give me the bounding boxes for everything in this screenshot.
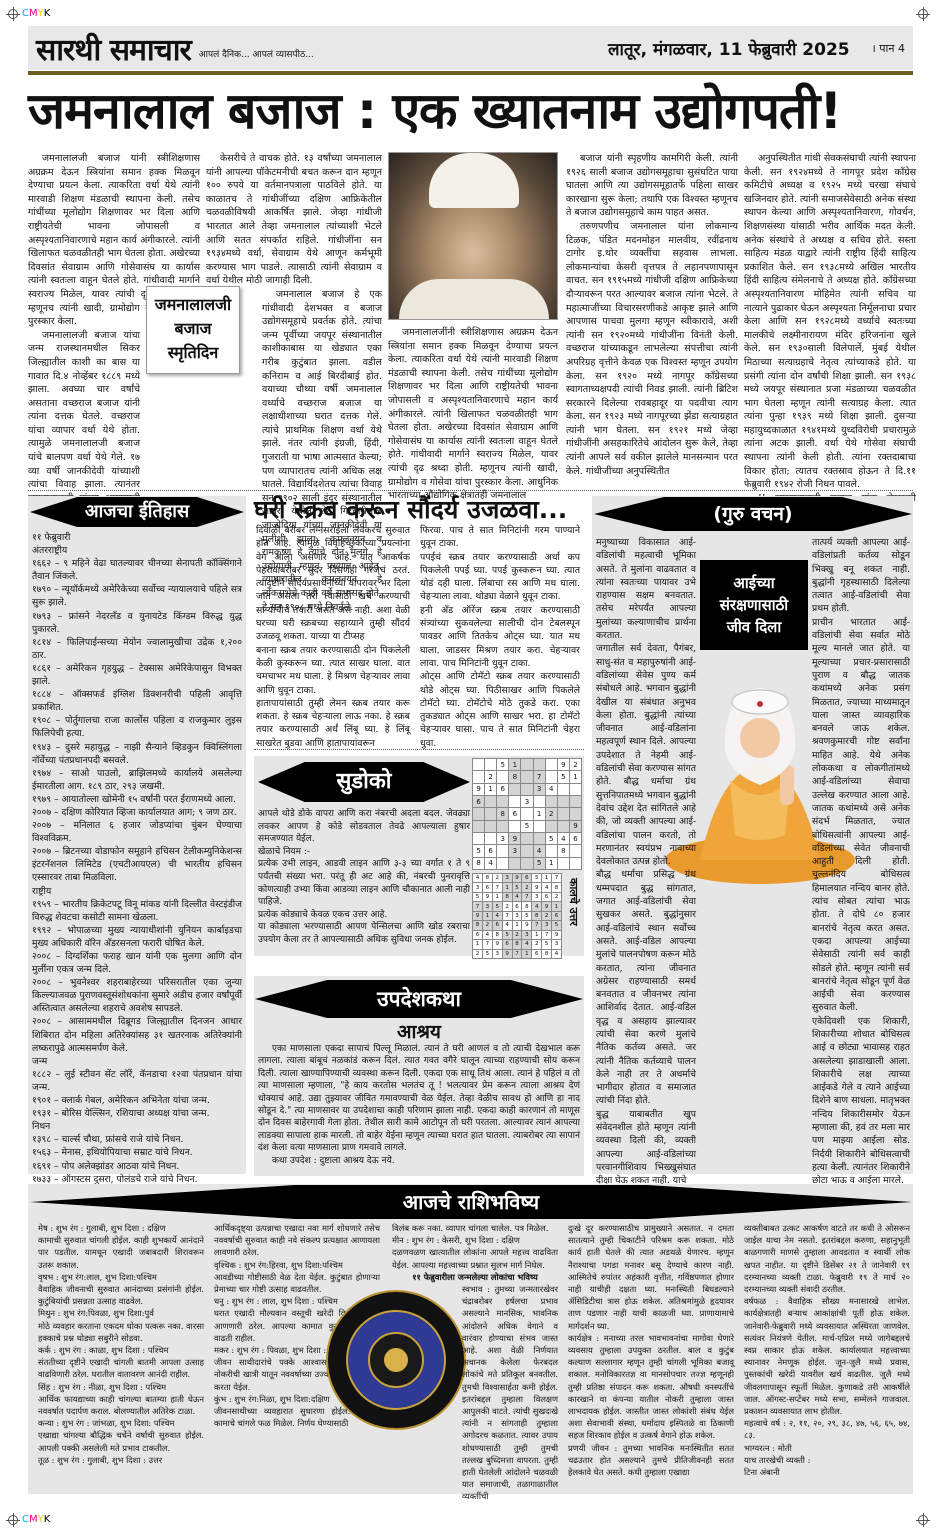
itihas-event: १९५९ – भारतीय क्रिकेटपटू विनू मांकड यांन… xyxy=(32,898,242,924)
sudoku-cell: 4 xyxy=(542,883,552,892)
sudoku-cell: 7 xyxy=(482,940,492,949)
sudoku-cell[interactable]: 3 xyxy=(533,783,545,795)
sudoku-cell: 1 xyxy=(552,902,562,911)
sudoku-cell[interactable]: 5 xyxy=(521,820,533,832)
sudoku-cell[interactable] xyxy=(533,795,545,807)
sudoku-cell[interactable]: 1 xyxy=(533,808,545,820)
sudoku-cell: 2 xyxy=(532,940,542,949)
sudoku-cell[interactable]: 6 xyxy=(509,808,521,820)
sudoku-cell: 9 xyxy=(482,892,492,901)
sudoku-cell[interactable] xyxy=(473,808,485,820)
rashi-sign-heading: वृषभ : शुभ रंग:लाल, शुभ दिशा:पश्चिम xyxy=(38,1271,204,1283)
sidebox-line: जमनालालजी xyxy=(147,293,239,317)
sudoku-cell[interactable] xyxy=(545,795,557,807)
sudoku-cell: 2 xyxy=(522,883,532,892)
itihas-event: २००८ – दिग्दर्शिका फराह खान यांनी एक मुल… xyxy=(32,950,242,976)
sudoku-answer-grid: 4823965173671529485918473627352684919147… xyxy=(472,873,562,959)
itihas-event: २००८ – भुवनेश्वर शहराबाहेरच्या परिसरातील… xyxy=(32,976,242,1015)
sudoku-cell: 6 xyxy=(542,892,552,901)
scrub-column-right: फिरवा. पाच ते सात मिनिटांनी गरम पाण्याने… xyxy=(420,524,580,750)
sudoku-cell: 3 xyxy=(552,940,562,949)
label: महत्वाचे वर्ष : xyxy=(744,1418,786,1428)
itihas-section-heading: राष्ट्रीय xyxy=(32,885,242,898)
sudoku-cell: 8 xyxy=(532,911,542,920)
sudoku-cell: 5 xyxy=(482,949,492,959)
sudoku-cell: 7 xyxy=(532,921,542,930)
sudoku-cell[interactable] xyxy=(557,820,569,832)
sudoku-cell: 2 xyxy=(482,921,492,930)
sudoku-cell[interactable] xyxy=(509,783,521,795)
rashi-sign-text: दळणवळण खात्यातील लोकांना आपले महत्त्व वा… xyxy=(392,1246,558,1270)
masthead: सारथी समाचार आपलं दैनिक... आपलं व्यासपीठ… xyxy=(28,26,913,70)
sudoku-cell: 2 xyxy=(502,902,512,911)
rashi-column-4: दुःखे दूर करण्यासाठीच प्रामुख्याने असतात… xyxy=(568,1222,734,1478)
sudoku-cell[interactable] xyxy=(509,820,521,832)
rashi-column-5: व्यक्तीबाबत उत्कट आकर्षण वाटते तर कधी ते… xyxy=(744,1222,910,1478)
gandhi-cap xyxy=(429,153,519,208)
guru-column-left: मनुष्याच्या विकासात आई-वडिलांची महत्वाची… xyxy=(596,536,696,1188)
sudoku-cell[interactable] xyxy=(473,771,485,783)
sudoku-cell: 5 xyxy=(522,911,532,920)
rashi-sign-heading: ११ फेब्रुवारीला जन्मलेल्या लोकांचा भविष्… xyxy=(392,1271,558,1283)
sudoku-rules: प्रत्येक उभी लाइन, आडवी लाइन आणि ३-३ च्य… xyxy=(258,858,470,946)
sudoku-cell: 9 xyxy=(532,883,542,892)
caption-text: जमनालालजींनी स्त्रीशिक्षणास अग्रक्रम देऊ… xyxy=(388,326,558,503)
rashi-sign-heading: कर्क : शुभ रंग : काळा, शुभ दिशा : पश्चिम xyxy=(38,1344,204,1356)
sudoku-cell[interactable] xyxy=(521,857,533,869)
sudoku-cell[interactable] xyxy=(521,783,533,795)
sudoku-cell: 3 xyxy=(502,874,512,883)
story-moral: कथा उपदेश : दुष्टाला आश्रय देऊ नये. xyxy=(258,1155,580,1167)
article-paragraph: तरुणपणीच जमनालाल यांना लोकमान्य टिळक, पं… xyxy=(566,220,738,478)
itihas-event: १९९२ – भोपाळच्या मुख्य न्यायाधीशांनी युन… xyxy=(32,924,242,950)
sudoku-cell: 4 xyxy=(482,930,492,939)
sudoku-cell: 6 xyxy=(473,930,483,939)
sudoku-cell: 8 xyxy=(542,949,552,959)
sudoku-cell[interactable] xyxy=(497,820,509,832)
sudoku-cell: 3 xyxy=(522,930,532,939)
cmyk-mark: CMYK xyxy=(22,1514,50,1525)
sudoku-cell[interactable]: 5 xyxy=(497,759,509,771)
box-line: जीव दिला xyxy=(700,616,808,638)
sudoku-cell: 5 xyxy=(542,940,552,949)
sudoku-cell: 5 xyxy=(502,930,512,939)
dateline: लातूर, मंगळवार, 11 फेब्रुवारी 2025 xyxy=(608,37,850,60)
sudoku-cell: 5 xyxy=(552,921,562,930)
sudoku-cell[interactable] xyxy=(521,759,533,771)
registration-crosshair-icon xyxy=(8,9,18,19)
story-title: आश्रय xyxy=(254,1018,584,1044)
sudoku-cell[interactable]: 5 xyxy=(545,832,557,844)
itihas-event: १७९० – न्यूयॉर्कमध्ये अमेरिकेच्या सर्वोच… xyxy=(32,583,242,609)
sudoku-cell: 2 xyxy=(542,911,552,920)
sudoku-cell: 4 xyxy=(473,874,483,883)
itihas-event: १९७९ – आयातोल्ला खोमेनी १५ वर्षांनी परत … xyxy=(32,793,242,806)
sidebox-line: बजाज xyxy=(147,317,239,341)
itihas-event: २००८ – आसाममधील दिब्रूगड जिल्ह्यातील दिन… xyxy=(32,1015,242,1054)
sudoku-cell: 2 xyxy=(492,874,502,883)
itihas-event: १८६१ – अमेरिकन गृहयुद्ध – टेक्सास अमेरिक… xyxy=(32,662,242,688)
sudoku-cell[interactable] xyxy=(521,771,533,783)
same-birthday-person: टिना अंबानी xyxy=(744,1466,910,1478)
itihas-event: १७९३ – फ्रांसने नेदरलँड व युनायटेड किंग्… xyxy=(32,610,242,636)
sudoku-cell[interactable] xyxy=(557,857,569,869)
itihas-section-heading: जन्म xyxy=(32,1055,242,1068)
sudoku-cell: 7 xyxy=(552,874,562,883)
sudoku-cell: 5 xyxy=(492,902,502,911)
article-column-5: अनुपस्थितीत गांधी सेवकसंघाची त्यांनी स्थ… xyxy=(744,152,916,519)
sudoku-cell[interactable]: 4 xyxy=(557,832,569,844)
label: भाग्यरत्न : xyxy=(744,1443,775,1453)
sudoku-cell[interactable]: 3 xyxy=(509,845,521,857)
itihas-event: १९०८ – पोर्तुगालचा राजा कार्लोस पहिला व … xyxy=(32,714,242,740)
page-number: । पान 4 xyxy=(872,41,905,56)
rashi-sign-heading: मीन : शुभ रंग : केसरी, शुभ दिशा : दक्षिण xyxy=(392,1234,558,1246)
section-divider xyxy=(254,749,584,750)
sudoku-cell[interactable] xyxy=(545,771,557,783)
sudoku-cell: 3 xyxy=(482,902,492,911)
sudoku-cell: 6 xyxy=(482,883,492,892)
sudoku-cell: 6 xyxy=(532,949,542,959)
sudoku-cell[interactable]: 7 xyxy=(533,771,545,783)
sudoku-cell[interactable]: 4 xyxy=(545,783,557,795)
sudoku-instructions: आपले थोडे डोके वापरा आणि करा नंबरची अदला… xyxy=(258,808,470,947)
rashi-sign-text: एखाद्या चांगल्या बौद्धिक चर्चेने वर्षाची… xyxy=(38,1429,204,1453)
sudoku-cell: 4 xyxy=(532,902,542,911)
sudoku-cell[interactable]: 1 xyxy=(485,783,497,795)
sudoku-intro: आपले थोडे डोके वापरा आणि करा नंबरची अदला… xyxy=(258,808,470,846)
sudoku-cell[interactable]: 1 xyxy=(545,857,557,869)
sudoku-cell[interactable]: 5 xyxy=(473,845,485,857)
sudoku-cell[interactable]: 6 xyxy=(485,845,497,857)
sudoku-cell[interactable] xyxy=(509,857,521,869)
itihas-event: १९३१ – बोरिस येल्त्सिन, रशियाचा अध्यक्ष … xyxy=(32,1107,242,1120)
story-body: एका माणसाला एकदा सापाचं पिल्लू मिळालं. त… xyxy=(258,1043,580,1167)
lucky-gem: मोती xyxy=(778,1443,792,1453)
sudoku-cell[interactable] xyxy=(473,759,485,771)
photo-caption: जमनालालजींनी स्त्रीशिक्षणास अग्रक्रम देऊ… xyxy=(388,326,558,503)
sudoku-cell[interactable] xyxy=(473,820,485,832)
sudoku-cell: 8 xyxy=(492,930,502,939)
sudoku-cell[interactable]: 2 xyxy=(545,808,557,820)
sudoku-cell[interactable] xyxy=(497,857,509,869)
sudoku-cell: 4 xyxy=(492,911,502,920)
box-line: आईच्या xyxy=(700,572,808,594)
itihas-event: २००७ – दक्षिण कोरियात व्हिजा कार्यालयात … xyxy=(32,806,242,819)
sudoku-cell: 7 xyxy=(473,902,483,911)
itihas-section-heading: अंतरराष्ट्रीय xyxy=(32,544,242,557)
itihas-date: ११ फेब्रुवारी xyxy=(32,531,242,544)
sudoku-cell: 8 xyxy=(552,883,562,892)
sudoku-cell: 8 xyxy=(482,874,492,883)
sudoku-cell[interactable]: 8 xyxy=(497,808,509,820)
sudoku-cell: 8 xyxy=(512,940,522,949)
answer-label: कालचे उत्तर xyxy=(566,878,581,926)
sudoku-cell[interactable] xyxy=(533,820,545,832)
registration-crosshair-icon xyxy=(918,9,928,19)
cmyk-mark: CMYK xyxy=(22,8,50,19)
sudoku-cell[interactable]: 6 xyxy=(497,783,509,795)
itihas-event: २००७ – ब्रिटनच्या वोडाफोन समूहाने हचिसन … xyxy=(32,845,242,884)
section-divider xyxy=(28,490,913,491)
sudoku-cell[interactable]: 1 xyxy=(569,771,581,783)
sudoku-cell: 9 xyxy=(492,940,502,949)
sudoku-cell[interactable] xyxy=(497,795,509,807)
itihas-event: १९७४ – साओ पाउलो, ब्राझिलमध्ये कार्यालये… xyxy=(32,767,242,793)
sudoku-cell: 6 xyxy=(502,940,512,949)
sudoku-cell: 3 xyxy=(492,949,502,959)
sudoku-cell: 7 xyxy=(492,883,502,892)
sudoku-cell: 2 xyxy=(552,892,562,901)
sudoku-cell: 9 xyxy=(502,949,512,959)
sudoku-cell: 9 xyxy=(542,902,552,911)
rashi-sign-text: वैवाहिक जीवनाची सुरुवात आनंदाच्या प्रसंग… xyxy=(38,1283,204,1307)
sudoku-cell: 7 xyxy=(502,911,512,920)
rashi-sign-text: आवडीच्या गोष्टीसाठी वेळ देता येईल. कुटुं… xyxy=(214,1271,380,1295)
sudoku-cell: 1 xyxy=(512,921,522,930)
sudoku-cell[interactable] xyxy=(509,795,521,807)
sudoku-cell: 7 xyxy=(542,930,552,939)
sudoku-cell: 1 xyxy=(502,883,512,892)
rashi-sign-text: स्वभाव : तुमच्या जन्मतारखेवर चंद्राबरोबर… xyxy=(392,1283,558,1503)
main-headline: जमनालाल बजाज : एक ख्यातनाम उद्योगपती! xyxy=(28,82,913,140)
sudoku-cell: 6 xyxy=(522,874,532,883)
sudoku-cell: 3 xyxy=(532,892,542,901)
rashi-sign-text: मोठे व्यवहार करताना एकदम धोका पत्करू नका… xyxy=(38,1320,204,1344)
sudoku-cell[interactable] xyxy=(533,832,545,844)
article-paragraph: अनुपस्थितीत गांधी सेवकसंघाची त्यांनी स्थ… xyxy=(744,152,916,492)
sudoku-cell[interactable] xyxy=(485,832,497,844)
sudoku-cell[interactable] xyxy=(569,845,581,857)
rashi-sign-heading: मिथुन : शुभ रंग:पिवळा, शुभ दिशा:पुर्व xyxy=(38,1307,204,1319)
sudoku-cell: 6 xyxy=(512,902,522,911)
sudoku-cell: 1 xyxy=(482,911,492,920)
sudoku-cell: 9 xyxy=(473,911,483,920)
article-paragraph: केसरीचे ते वाचक होते. १३ वर्षांच्या जमना… xyxy=(206,152,382,288)
sudoku-cell[interactable] xyxy=(485,808,497,820)
sudoku-cell: 9 xyxy=(552,930,562,939)
sudoku-cell[interactable] xyxy=(497,845,509,857)
scrub-column-left: दिवाळी बरोबर लग्नसराईला लवकरच सुरुवात हो… xyxy=(256,524,410,750)
rashi-sign-text: विलंब करू नका. व्यापार चांगला चालेल. पत्… xyxy=(392,1222,558,1234)
sudoku-cell[interactable]: 2 xyxy=(485,771,497,783)
sudoku-cell: 4 xyxy=(512,892,522,901)
sudoku-cell: 1 xyxy=(542,874,552,883)
newspaper-logo: सारथी समाचार xyxy=(36,28,191,69)
sudoku-cell[interactable] xyxy=(557,808,569,820)
rashi-col5-text: व्यक्तीबाबत उत्कट आकर्षण वाटते तर कधी ते… xyxy=(744,1222,910,1417)
sudoku-cell[interactable]: 8 xyxy=(473,857,485,869)
sudoku-cell: 1 xyxy=(522,949,532,959)
sudoku-cell: 9 xyxy=(512,874,522,883)
sudoku-cell: 6 xyxy=(492,921,502,930)
rashi-sign-heading: सिंह : शुभ रंग : नीळा, शुभ दिशा : पश्चिम xyxy=(38,1381,204,1393)
rashi-column-1: मेष : शुभ रंग : गुलाबी, शुभ दिशा : दक्षि… xyxy=(38,1222,204,1466)
sudoku-puzzle-grid[interactable]: 519228751916346386125939546563488451 xyxy=(472,758,582,870)
sudoku-cell[interactable] xyxy=(473,832,485,844)
sudoku-cell[interactable]: 8 xyxy=(509,771,521,783)
sudoku-cell: 1 xyxy=(473,940,483,949)
sudoku-cell[interactable] xyxy=(485,820,497,832)
sudoku-cell[interactable]: 8 xyxy=(557,845,569,857)
sudoku-cell[interactable]: 9 xyxy=(557,759,569,771)
sudoku-rules-label: खेळाचे नियम :- xyxy=(258,846,470,859)
scrub-headline: घरी स्क्रब करून सौंदर्य उजळवा... xyxy=(254,492,567,526)
rashi-sign-text: संततीच्या दृष्टीने एखादी चांगली बातमी आप… xyxy=(38,1356,204,1380)
sudoku-cell[interactable]: 4 xyxy=(533,845,545,857)
rashi-sign-text: आर्थिक फायद्याच्या काही चांगल्या बातम्या… xyxy=(38,1393,204,1417)
sudoku-cell: 8 xyxy=(522,902,532,911)
rashi-sign-heading: मेष : शुभ रंग : गुलाबी, शुभ दिशा : दक्षि… xyxy=(38,1222,204,1234)
itihas-event: १५६३ – मेनास, इथियोपियाचा सम्राट यांचे न… xyxy=(32,1146,242,1159)
itihas-event: २००७ – मनिलात ६ हजार जोडप्यांचा चुंबन घे… xyxy=(32,819,242,845)
sudoku-cell: 5 xyxy=(532,874,542,883)
itihas-event: १९०१ – क्लार्क गेबल, अमेरिकन अभिनेता यां… xyxy=(32,1094,242,1107)
sudoku-cell[interactable]: 9 xyxy=(473,783,485,795)
sudoku-cell[interactable] xyxy=(485,795,497,807)
itihas-event: १६६२ – ९ महिने वेढा घातल्यावर चीनच्या से… xyxy=(32,557,242,583)
itihas-event: १८८२ – लुई स्टीवन सेंट लॉरें, कॅनडाचा १२… xyxy=(32,1068,242,1094)
sudoku-cell[interactable]: 6 xyxy=(569,832,581,844)
masthead-rule xyxy=(28,71,913,75)
sudoku-cell[interactable] xyxy=(545,759,557,771)
shirt xyxy=(399,279,549,319)
sudoku-cell: 3 xyxy=(542,921,552,930)
sudoku-cell: 4 xyxy=(552,949,562,959)
itihas-event: १३९८ – चार्ल्स चौथा, फ्रांसचे राजे यांचे… xyxy=(32,1133,242,1146)
rashi-sign-text: आर्थिकदृष्ट्या उत्पन्नाचा एखादा नवा मार्… xyxy=(214,1222,380,1259)
sudoku-cell: 3 xyxy=(473,883,483,892)
sudoku-cell: 2 xyxy=(473,949,483,959)
sudoku-cell[interactable] xyxy=(569,808,581,820)
sudoku-cell: 9 xyxy=(522,921,532,930)
tagline: आपलं दैनिक... आपलं व्यासपीठ... xyxy=(199,47,314,60)
sudoku-cell[interactable] xyxy=(521,808,533,820)
sudoku-cell[interactable] xyxy=(521,832,533,844)
itihas-event: १८८४ – ऑक्सफर्ड इंग्लिश डिक्शनरीची पहिली… xyxy=(32,688,242,714)
sudoku-cell: 8 xyxy=(502,892,512,901)
sudoku-cell[interactable]: 5 xyxy=(533,857,545,869)
rashi-sign-text: कामाची सुरुवात चांगली होईल. काही शुभकार्… xyxy=(38,1234,204,1271)
sudoku-cell[interactable]: 6 xyxy=(473,795,485,807)
sudoku-cell[interactable] xyxy=(569,795,581,807)
sudoku-cell[interactable]: 5 xyxy=(557,771,569,783)
registration-crosshair-icon xyxy=(918,1515,928,1525)
sudoku-cell: 1 xyxy=(492,892,502,901)
sudoku-cell: 4 xyxy=(502,921,512,930)
sudoku-cell[interactable] xyxy=(545,820,557,832)
sudoku-cell[interactable] xyxy=(545,845,557,857)
sudoku-cell: 6 xyxy=(552,911,562,920)
sudoku-cell[interactable] xyxy=(569,857,581,869)
sudoku-cell[interactable] xyxy=(533,759,545,771)
sudoku-cell: 5 xyxy=(473,892,483,901)
rashi-column-3: विलंब करू नका. व्यापार चांगला चालेल. पत्… xyxy=(392,1222,558,1503)
itihas-section-heading: निधन xyxy=(32,1120,242,1133)
sudoku-cell[interactable]: 9 xyxy=(509,832,521,844)
jamnalal-bajaj-portrait xyxy=(388,152,558,320)
sudoku-cell[interactable]: 4 xyxy=(485,857,497,869)
sudoku-cell: 7 xyxy=(522,892,532,901)
sudoku-cell[interactable]: 2 xyxy=(569,759,581,771)
sudoku-cell[interactable] xyxy=(485,759,497,771)
sudoku-cell[interactable] xyxy=(497,771,509,783)
rashi-sign-heading: तूळ : शुभ रंग : गुलाबी, शुभ दिशा : उत्तर xyxy=(38,1454,204,1466)
article-column-4: बजाज यांनी स्पृहणीय कामगिरी केली. त्यांन… xyxy=(566,152,738,478)
guru-highlight-box: आईच्या संरक्षणासाठी जीव दिला xyxy=(700,560,808,650)
sidebox-line: स्मृतिदिन xyxy=(147,341,239,365)
sudoku-cell: 8 xyxy=(473,921,483,930)
sudoku-cell: 1 xyxy=(532,930,542,939)
sudoku-cell[interactable] xyxy=(569,783,581,795)
sudoku-cell: 4 xyxy=(522,940,532,949)
sudoku-cell[interactable] xyxy=(521,845,533,857)
box-line: संरक्षणासाठी xyxy=(700,594,808,616)
sudoku-cell[interactable]: 9 xyxy=(569,820,581,832)
rashi-sign-heading: कन्या : शुभ रंग : जांभळा, शुभ दिशा: पश्च… xyxy=(38,1417,204,1429)
article-paragraph: बजाज यांनी स्पृहणीय कामगिरी केली. त्यांन… xyxy=(566,152,738,220)
itihas-event: १६९१ – पोप अलेक्झांडर आठवा यांचे निधन. xyxy=(32,1160,242,1173)
sudoku-cell[interactable]: 3 xyxy=(497,832,509,844)
sudoku-cell: 2 xyxy=(512,930,522,939)
label: याच तारखेची व्यक्ती : xyxy=(744,1454,910,1466)
sudoku-cell: 5 xyxy=(512,883,522,892)
itihas-event: १८१४ – फिलिपाईन्सच्या मेयोन ज्वालामुखीचा… xyxy=(32,636,242,662)
sudoku-cell[interactable]: 3 xyxy=(521,795,533,807)
itihas-event: १९४३ – दुसरे महायुद्ध – नाझी सैन्याने व्… xyxy=(32,741,242,767)
sudoku-cell[interactable] xyxy=(557,783,569,795)
sudoku-cell[interactable] xyxy=(557,795,569,807)
sudoku-cell: 3 xyxy=(512,911,522,920)
itihas-list: ११ फेब्रुवारी अंतरराष्ट्रीय१६६२ – ९ महिन… xyxy=(32,531,242,1199)
smrutidin-box: जमनालालजी बजाज स्मृतिदिन xyxy=(146,286,240,374)
story-text: एका माणसाला एकदा सापाचं पिल्लू मिळालं. त… xyxy=(258,1043,580,1155)
sudoku-cell[interactable]: 1 xyxy=(509,759,521,771)
rashi-sign-heading: वृश्चिक : शुभ रंग:हिरवा, शुभ दिशा:पश्चिम xyxy=(214,1259,380,1271)
sudoku-cell: 7 xyxy=(512,949,522,959)
registration-crosshair-icon xyxy=(8,1515,18,1525)
